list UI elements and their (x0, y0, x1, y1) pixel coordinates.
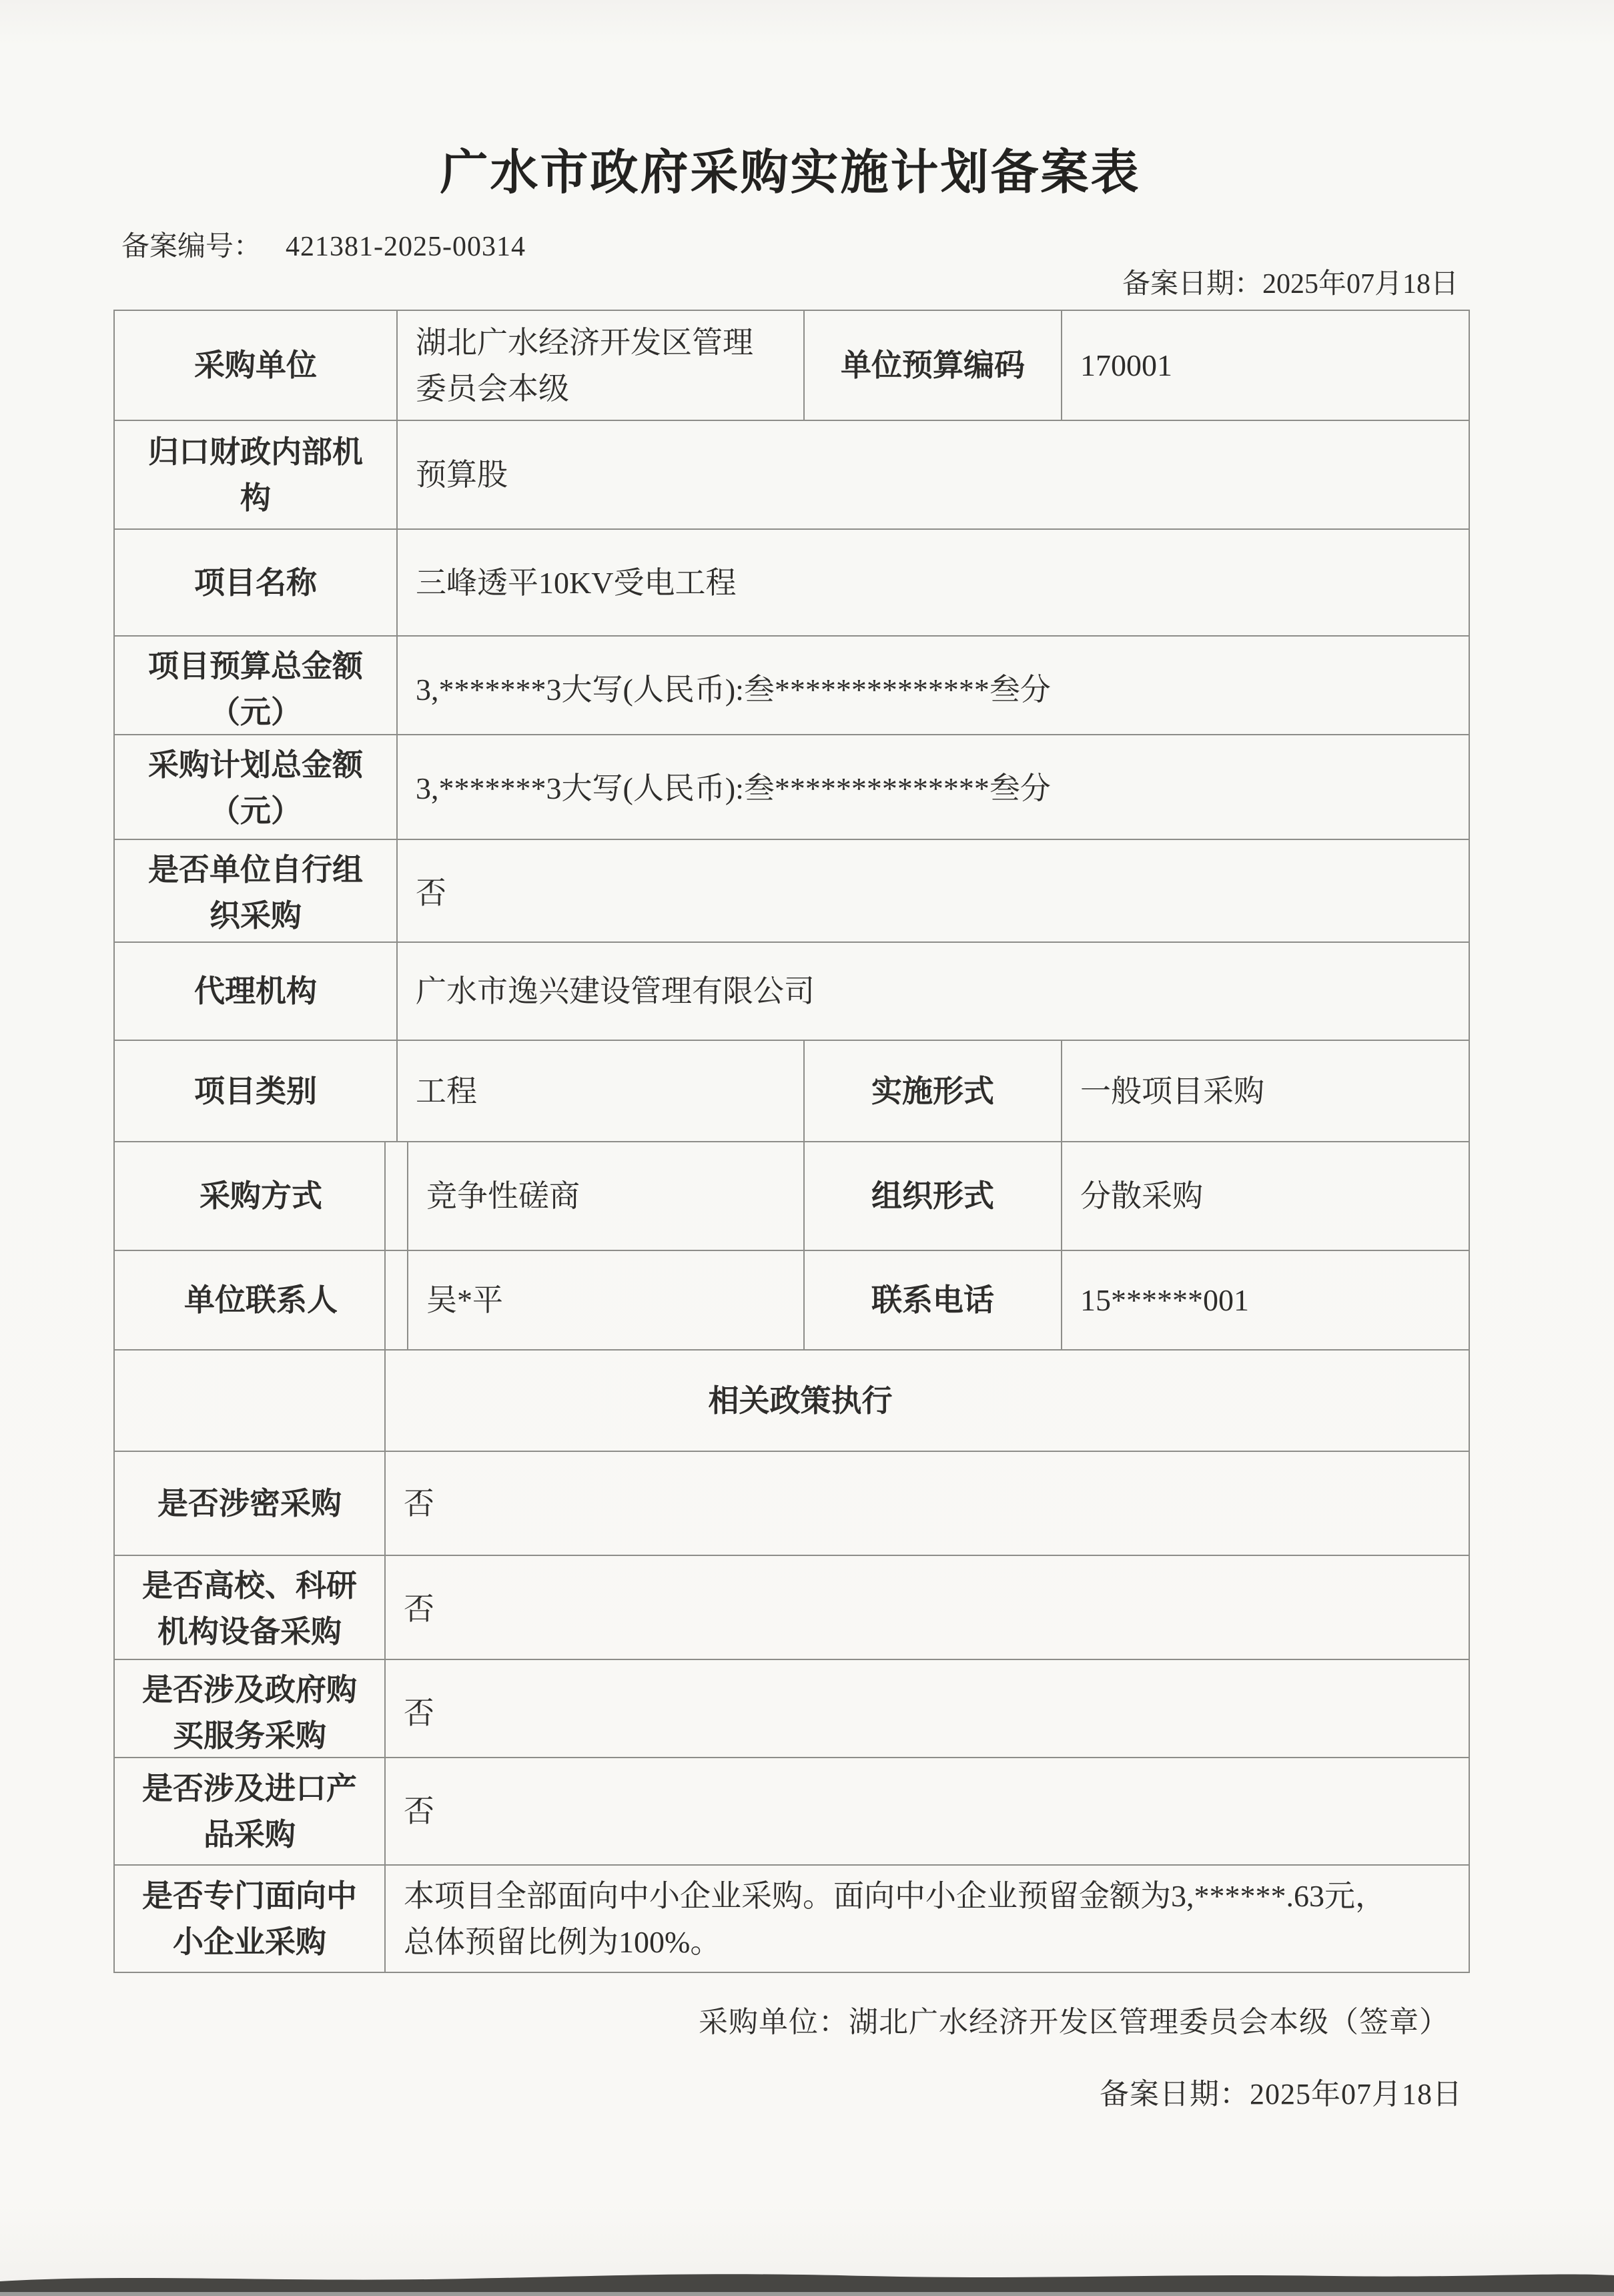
field-value: 否 (386, 1452, 1469, 1555)
field-value: 否 (386, 1660, 1469, 1766)
footer-record-date: 备案日期：2025年07月18日 (1100, 2070, 1463, 2113)
field-value: 否 (386, 1758, 1469, 1864)
field-label: 是否单位自行组 织采购 (115, 840, 398, 945)
field-value: 否 (398, 840, 1469, 945)
policy-section-title: 相关政策执行 (386, 1351, 1469, 1451)
row-university-research-equipment: 是否高校、科研 机构设备采购 否 (115, 1556, 1469, 1660)
field-label: 单位联系人 (115, 1251, 408, 1349)
field-label: 是否高校、科研 机构设备采购 (115, 1556, 386, 1661)
scanned-document-page: 广水市政府采购实施计划备案表 备案编号：421381-2025-00314 备案… (0, 0, 1614, 2296)
record-number-value: 421381-2025-00314 (286, 232, 526, 262)
field-value: 170001 (1062, 311, 1469, 420)
record-date-top: 备案日期：2025年07月18日 (1122, 262, 1459, 302)
row-project-category: 项目类别 工程 实施形式 一般项目采购 (115, 1041, 1469, 1142)
row-self-organized-procurement: 是否单位自行组 织采购 否 (115, 840, 1469, 943)
row-classified-procurement: 是否涉密采购 否 (115, 1452, 1469, 1556)
record-number-line: 备案编号：421381-2025-00314 (121, 224, 526, 264)
field-value: 15******001 (1062, 1251, 1469, 1349)
field-value: 本项目全部面向中小企业采购。面向中小企业预留金额为3,******.63元， 总… (386, 1866, 1469, 1972)
field-label (115, 1351, 386, 1451)
field-label: 项目预算总金额 （元） (115, 637, 398, 742)
field-value: 预算股 (398, 421, 1469, 528)
field-value: 否 (386, 1556, 1469, 1661)
row-sme-targeted-procurement: 是否专门面向中 小企业采购 本项目全部面向中小企业采购。面向中小企业预留金额为3… (115, 1866, 1469, 1972)
field-value: 湖北广水经济开发区管理 委员会本级 (398, 311, 805, 420)
field-label: 联系电话 (805, 1251, 1062, 1349)
field-label: 是否涉及进口产 品采购 (115, 1758, 386, 1864)
field-value: 三峰透平10KV受电工程 (398, 530, 1469, 635)
row-procurement-method: 采购方式 竞争性磋商 组织形式 分散采购 (115, 1142, 1469, 1251)
field-label: 单位预算编码 (805, 311, 1062, 420)
field-value: 竞争性磋商 (408, 1142, 805, 1250)
field-label: 组织形式 (805, 1142, 1062, 1250)
record-number-label: 备案编号： (121, 232, 262, 262)
row-policy-header: 相关政策执行 (115, 1351, 1469, 1452)
row-finance-internal-org: 归口财政内部机 构 预算股 (115, 421, 1469, 530)
field-label: 是否涉密采购 (115, 1452, 386, 1555)
row-unit-contact: 单位联系人 吴*平 联系电话 15******001 (115, 1251, 1469, 1351)
field-value: 3,*******3大写(人民币):叁**************叁分 (398, 637, 1469, 742)
field-label: 采购计划总金额 （元） (115, 735, 398, 841)
procurement-form-table: 采购单位 湖北广水经济开发区管理 委员会本级 单位预算编码 170001 归口财… (113, 310, 1470, 1973)
scan-artifact-line (384, 1251, 386, 1349)
field-value: 一般项目采购 (1062, 1041, 1469, 1141)
row-project-budget-total: 项目预算总金额 （元） 3,*******3大写(人民币):叁*********… (115, 637, 1469, 735)
field-value: 广水市逸兴建设管理有限公司 (398, 943, 1469, 1040)
field-label: 采购方式 (115, 1142, 408, 1250)
field-value: 分散采购 (1062, 1142, 1469, 1250)
scan-artifact-line (384, 1142, 386, 1250)
footer-purchaser-signature-line: 采购单位：湖北广水经济开发区管理委员会本级（签章） (699, 1998, 1449, 2040)
field-label: 是否涉及政府购 买服务采购 (115, 1660, 386, 1766)
row-procurement-plan-total: 采购计划总金额 （元） 3,*******3大写(人民币):叁*********… (115, 735, 1469, 840)
field-label: 项目名称 (115, 530, 398, 635)
field-label: 项目类别 (115, 1041, 398, 1141)
row-gov-purchased-services: 是否涉及政府购 买服务采购 否 (115, 1660, 1469, 1758)
field-value: 3,*******3大写(人民币):叁**************叁分 (398, 735, 1469, 841)
scan-bottom-edge (0, 2267, 1614, 2296)
row-purchasing-unit: 采购单位 湖北广水经济开发区管理 委员会本级 单位预算编码 170001 (115, 311, 1469, 421)
page-title: 广水市政府采购实施计划备案表 (113, 133, 1467, 203)
field-label: 代理机构 (115, 943, 398, 1040)
row-imported-products: 是否涉及进口产 品采购 否 (115, 1758, 1469, 1866)
field-label: 归口财政内部机 构 (115, 421, 398, 528)
row-project-name: 项目名称 三峰透平10KV受电工程 (115, 530, 1469, 637)
field-label: 采购单位 (115, 311, 398, 420)
field-label: 是否专门面向中 小企业采购 (115, 1866, 386, 1972)
field-label: 实施形式 (805, 1041, 1062, 1141)
field-value: 吴*平 (408, 1251, 805, 1349)
field-value: 工程 (398, 1041, 805, 1141)
row-agency: 代理机构 广水市逸兴建设管理有限公司 (115, 943, 1469, 1041)
